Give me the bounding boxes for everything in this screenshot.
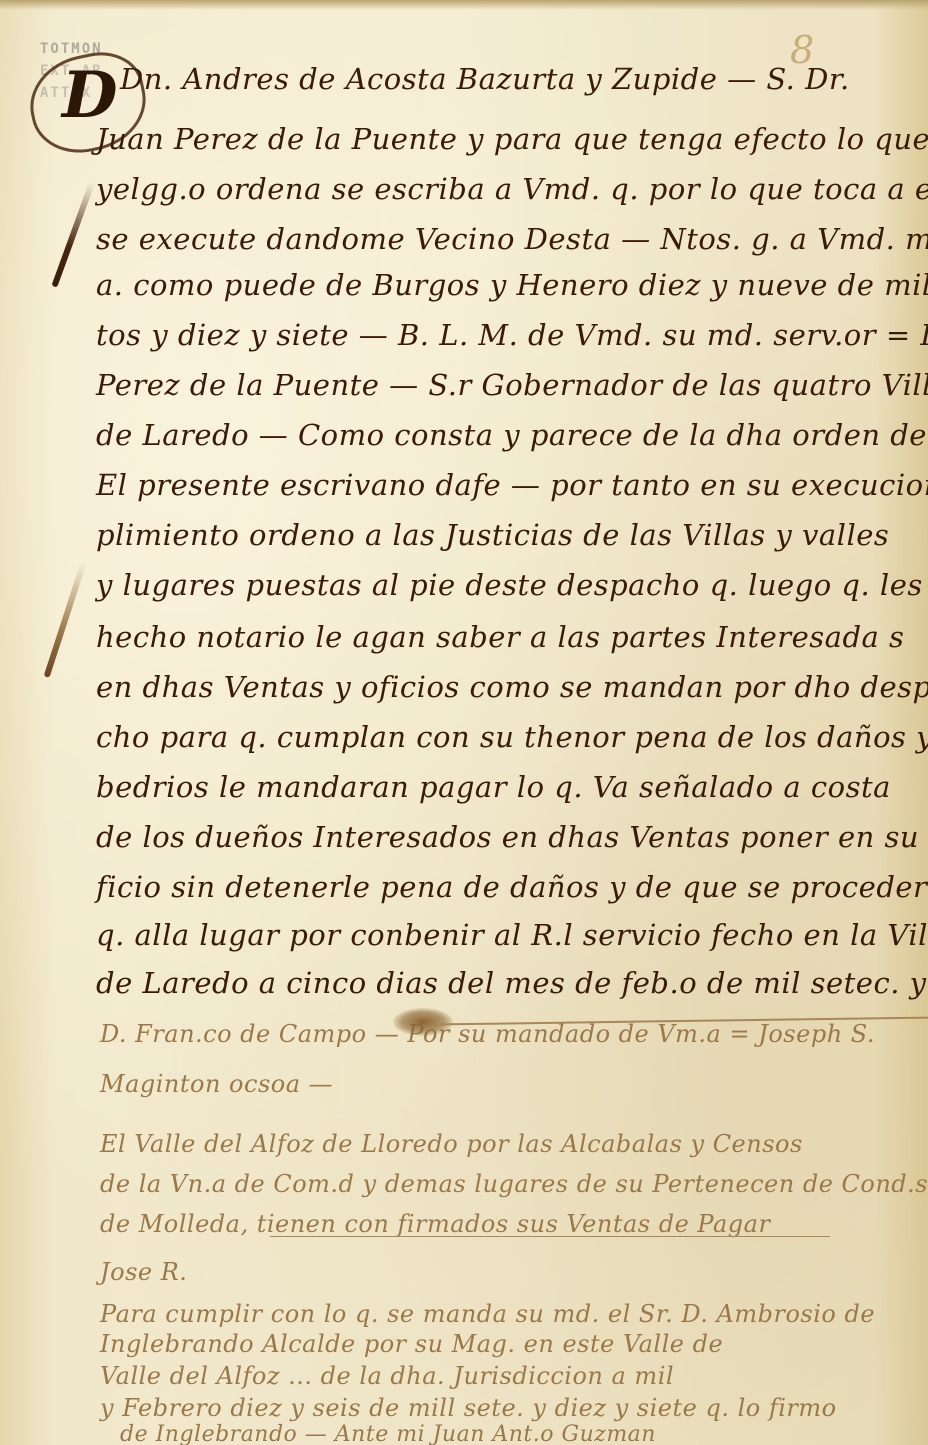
text-line: de los dueños Interesados en dhas Ventas… — [96, 820, 922, 854]
text-line: plimiento ordeno a las Justicias de las … — [96, 518, 922, 552]
text-line: hecho notario le agan saber a las partes… — [96, 620, 922, 654]
paper-top-edge — [0, 0, 928, 10]
text-line: ficio sin detenerle pena de daños y de q… — [96, 870, 922, 904]
text-line: de Laredo a cinco dias del mes de feb.o … — [96, 966, 922, 1000]
signature-line: Maginton ocsoa — — [100, 1070, 922, 1098]
text-line: cho para q. cumplan con su thenor pena d… — [96, 720, 922, 754]
text-line: bedrios le mandaran pagar lo q. Va señal… — [96, 770, 922, 804]
text-line: Juan Perez de la Puente y para que tenga… — [96, 122, 922, 156]
text-line: a. como puede de Burgos y Henero diez y … — [96, 268, 922, 302]
text-line: Perez de la Puente — S.r Gobernador de l… — [96, 368, 922, 402]
text-line: Dn. Andres de Acosta Bazurta y Zupide — … — [120, 62, 922, 96]
ink-blot — [393, 1008, 453, 1036]
text-line: yelgg.o ordena se escriba a Vmd. q. por … — [96, 172, 922, 206]
text-line: tos y diez y siete — B. L. M. de Vmd. su… — [96, 318, 922, 352]
text-line: q. alla lugar por conbenir al R.l servic… — [96, 918, 922, 952]
text-line: El presente escrivano dafe — por tanto e… — [96, 468, 922, 502]
note-line: Para cumplir con lo q. se manda su md. e… — [100, 1300, 922, 1328]
text-line: de Laredo — Como consta y parece de la d… — [96, 418, 922, 452]
note-line: de Inglebrando — Ante mi Juan Ant.o Guzm… — [120, 1422, 922, 1445]
text-line: se execute dandome Vecino Desta — Ntos. … — [96, 222, 922, 256]
manuscript-page: TOTMON EXT.AR ATT.X 8 D Dn. Andres de Ac… — [0, 0, 928, 1445]
note-line: Inglebrando Alcalde por su Mag. en este … — [100, 1330, 922, 1358]
note-signature: Jose R. — [100, 1258, 922, 1286]
margin-flourish-icon — [44, 562, 87, 678]
margin-flourish-icon — [51, 182, 94, 287]
text-line: y lugares puestas al pie deste despacho … — [96, 568, 922, 602]
note-line: El Valle del Alfoz de Lloredo por las Al… — [100, 1130, 922, 1158]
note-line: Valle del Alfoz ... de la dha. Jurisdicc… — [100, 1362, 922, 1390]
separator-rule — [270, 1236, 830, 1237]
text-line: en dhas Ventas y oficios como se mandan … — [96, 670, 922, 704]
note-line: de la Vn.a de Com.d y demas lugares de s… — [100, 1170, 922, 1198]
note-line: y Febrero diez y seis de mill sete. y di… — [100, 1394, 922, 1422]
note-line: de Molleda, tienen con firmados sus Vent… — [100, 1210, 922, 1238]
